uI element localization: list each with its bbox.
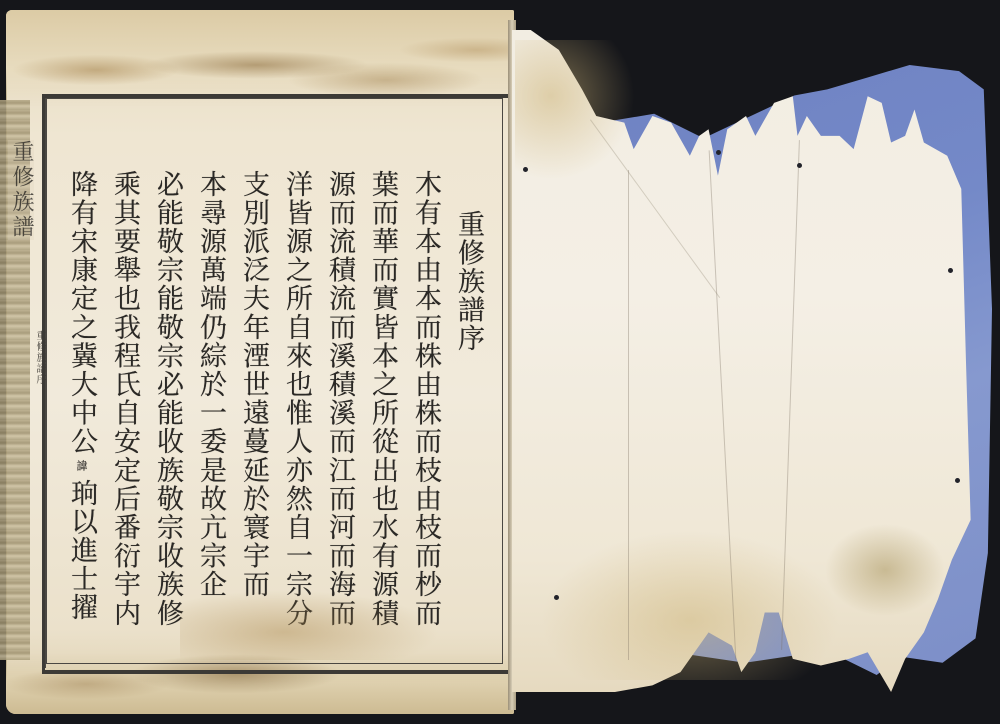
text-column: 必能敬宗能敬宗必能收族敬宗收族修: [146, 170, 189, 665]
text-column: 本尋源萬端仍綜於一委是故亢宗企: [189, 170, 232, 665]
water-stain: [820, 520, 950, 620]
wormhole: [797, 163, 802, 168]
wormhole: [716, 150, 721, 155]
paper-crease: [628, 170, 629, 660]
text-segment: 珦以進士擢: [66, 479, 97, 622]
text-segment: 降有宋康定之冀大中公: [66, 170, 97, 456]
book-photograph: 重修族譜 重修族譜序 重修族譜序 木有本由本而株由株而枝由枝而杪而 葉而華而實皆…: [0, 0, 1000, 724]
wormhole: [955, 478, 960, 483]
text-column: 木有本由本而株由株而枝由枝而杪而: [404, 170, 447, 665]
text-column: 洋皆源之所自來也惟人亦然自一宗分: [275, 170, 318, 665]
wormhole: [554, 595, 559, 600]
text-column: 支別派泛夫年湮世遠蔓延於寰宇而: [232, 170, 275, 665]
preface-text: 重修族譜序 木有本由本而株由株而枝由枝而杪而 葉而華而實皆本之所從出也水有源積 …: [60, 170, 490, 665]
text-column: 葉而華而實皆本之所從出也水有源積: [361, 170, 404, 665]
text-column: 源而流積流而溪積溪而江而河而海而: [318, 170, 361, 665]
taboo-name-note: 諱: [60, 460, 103, 471]
text-column: 乘其要舉也我程氏自安定后番衍宇内: [103, 170, 146, 665]
preface-title: 重修族譜序: [447, 170, 490, 665]
water-stain: [515, 40, 635, 180]
water-damage-top: [6, 10, 514, 106]
wormhole: [523, 167, 528, 172]
water-stain: [540, 530, 840, 680]
text-column-last: 降有宋康定之冀大中公諱珦以進士擢: [60, 170, 103, 665]
wormhole: [948, 268, 953, 273]
